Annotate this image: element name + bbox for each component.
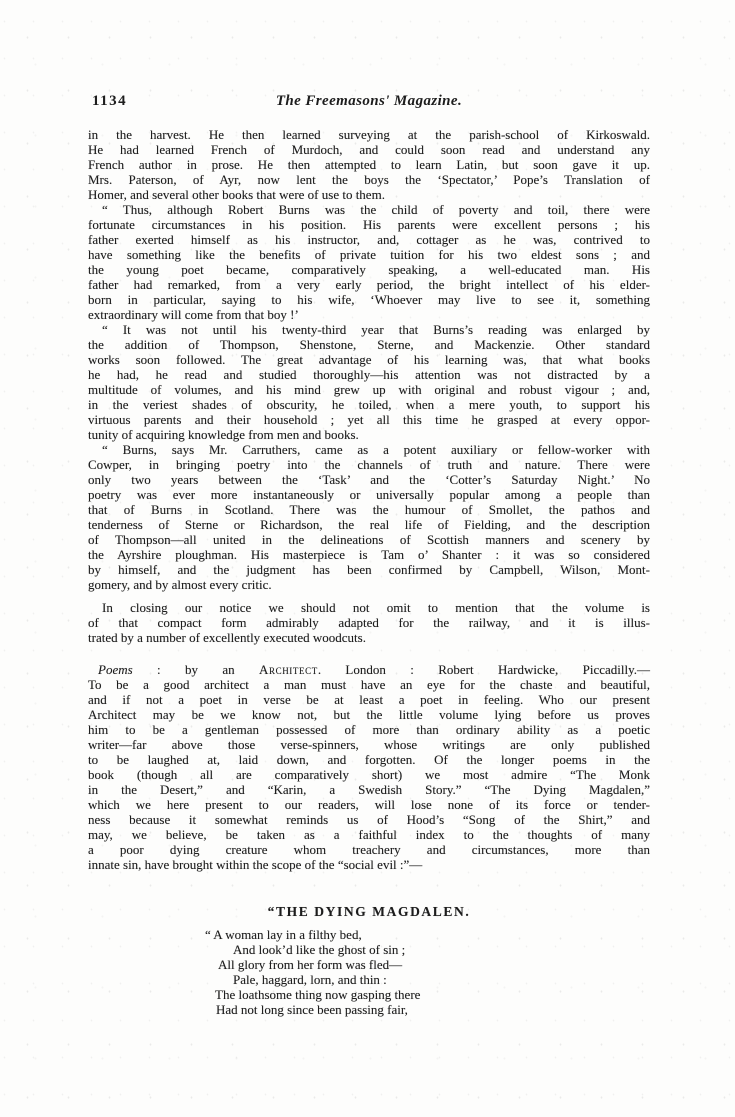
poem-line: All glory from her form was fled— bbox=[205, 957, 650, 972]
text-line: which we here present to our readers, wi… bbox=[88, 797, 650, 812]
text-line: have something like the benefits of priv… bbox=[88, 247, 650, 262]
text-line: father exerted himself as his instructor… bbox=[88, 232, 650, 247]
poem-line: Had not long since been passing fair, bbox=[205, 1002, 650, 1017]
text-line: He had learned French of Murdoch, and co… bbox=[88, 142, 650, 157]
text-line: and if not a poet in verse be at least a… bbox=[88, 692, 650, 707]
text-line: father had remarked, from a very early p… bbox=[88, 277, 650, 292]
text-line: gomery, and by almost every critic. bbox=[88, 577, 650, 592]
poem-line: Pale, haggard, lorn, and thin : bbox=[205, 972, 650, 987]
text-line: may, we believe, be taken as a faithful … bbox=[88, 827, 650, 842]
text-fragment: Poems bbox=[98, 662, 133, 677]
text-line: in the veriest shades of obscurity, he t… bbox=[88, 397, 650, 412]
poems-review: Poems : by an Architect. London : Robert… bbox=[88, 662, 650, 872]
text-line: “ Burns, says Mr. Carruthers, came as a … bbox=[88, 442, 650, 457]
burns-biography-continued: in the harvest. He then learned surveyin… bbox=[88, 127, 650, 202]
closing-notice: In closing our notice we should not omit… bbox=[88, 600, 650, 645]
text-line: born in particular, saying to his wife, … bbox=[88, 292, 650, 307]
text-line: works soon followed. The great advantage… bbox=[88, 352, 650, 367]
text-line: Cowper, in bringing poetry into the chan… bbox=[88, 457, 650, 472]
text-line: writer—far above those verse-spinners, w… bbox=[88, 737, 650, 752]
text-line: tenderness of Sterne or Richardson, the … bbox=[88, 517, 650, 532]
text-line: “ Thus, although Robert Burns was the ch… bbox=[88, 202, 650, 217]
text-line: extraordinary will come from that boy !’ bbox=[88, 307, 650, 322]
burns-carruthers-quote: “ Burns, says Mr. Carruthers, came as a … bbox=[88, 442, 650, 592]
text-line: trated by a number of excellently execut… bbox=[88, 630, 650, 645]
text-line: French author in prose. He then attempte… bbox=[88, 157, 650, 172]
text-fragment: : by an bbox=[133, 662, 259, 677]
text-line: the addition of Thompson, Shenstone, Ste… bbox=[88, 337, 650, 352]
burns-reading-quote: “ It was not until his twenty-third year… bbox=[88, 322, 650, 442]
text-line: “ It was not until his twenty-third year… bbox=[88, 322, 650, 337]
text-line: ness because it somewhat reminds us of H… bbox=[88, 812, 650, 827]
text-fragment: Architect bbox=[259, 662, 318, 677]
text-line: Homer, and several other books that were… bbox=[88, 187, 650, 202]
text-line: To be a good architect a man must have a… bbox=[88, 677, 650, 692]
text-line: fortunate circumstances in his position.… bbox=[88, 217, 650, 232]
text-line: In closing our notice we should not omit… bbox=[88, 600, 650, 615]
poem-line: And look’d like the ghost of sin ; bbox=[205, 942, 650, 957]
text-line: poetry was ever more instantaneously or … bbox=[88, 487, 650, 502]
text-line: of that compact form admirably adapted f… bbox=[88, 615, 650, 630]
text-line: that of Burns in Scotland. There was the… bbox=[88, 502, 650, 517]
text-line: in the harvest. He then learned surveyin… bbox=[88, 127, 650, 142]
text-line: tunity of acquiring knowledge from men a… bbox=[88, 427, 650, 442]
text-line: Poems : by an Architect. London : Robert… bbox=[88, 662, 650, 677]
article-body: in the harvest. He then learned surveyin… bbox=[88, 127, 650, 1017]
text-line: the Ayrshire ploughman. His masterpiece … bbox=[88, 547, 650, 562]
text-line: he had, he read and studied thoroughly—h… bbox=[88, 367, 650, 382]
text-line: a poor dying creature whom treachery and… bbox=[88, 842, 650, 857]
text-line: innate sin, have brought within the scop… bbox=[88, 857, 650, 872]
poem-heading: “THE DYING MAGDALEN. bbox=[88, 904, 650, 919]
text-fragment: . London : Robert Hardwicke, Piccadilly.… bbox=[318, 662, 650, 677]
burns-childhood-quote: “ Thus, although Robert Burns was the ch… bbox=[88, 202, 650, 322]
text-line: multitude of volumes, and his mind grew … bbox=[88, 382, 650, 397]
text-line: him to be a gentleman possessed of more … bbox=[88, 722, 650, 737]
poem-line: “ A woman lay in a filthy bed, bbox=[205, 927, 650, 942]
poem-line: The loathsome thing now gasping there bbox=[205, 987, 650, 1002]
text-line: in the Desert,” and “Karin, a Swedish St… bbox=[88, 782, 650, 797]
magazine-page: 1134 The Freemasons' Magazine. in the ha… bbox=[0, 0, 735, 1117]
text-line: virtuous parents and their household ; y… bbox=[88, 412, 650, 427]
page-header: 1134 The Freemasons' Magazine. bbox=[88, 93, 650, 111]
text-line: to be laughed at, laid down, and forgott… bbox=[88, 752, 650, 767]
poem: “ A woman lay in a filthy bed,And look’d… bbox=[88, 927, 650, 1017]
magazine-title: The Freemasons' Magazine. bbox=[88, 93, 650, 110]
text-line: Mrs. Paterson, of Ayr, now lent the boys… bbox=[88, 172, 650, 187]
text-line: by himself, and the judgment has been co… bbox=[88, 562, 650, 577]
text-line: of Thompson—all united in the delineatio… bbox=[88, 532, 650, 547]
text-line: book (though all are comparatively short… bbox=[88, 767, 650, 782]
text-line: only two years between the ‘Task’ and th… bbox=[88, 472, 650, 487]
poem-section: “THE DYING MAGDALEN. “ A woman lay in a … bbox=[88, 904, 650, 1017]
text-line: Architect may be we know not, but the li… bbox=[88, 707, 650, 722]
text-line: the young poet became, comparatively spe… bbox=[88, 262, 650, 277]
